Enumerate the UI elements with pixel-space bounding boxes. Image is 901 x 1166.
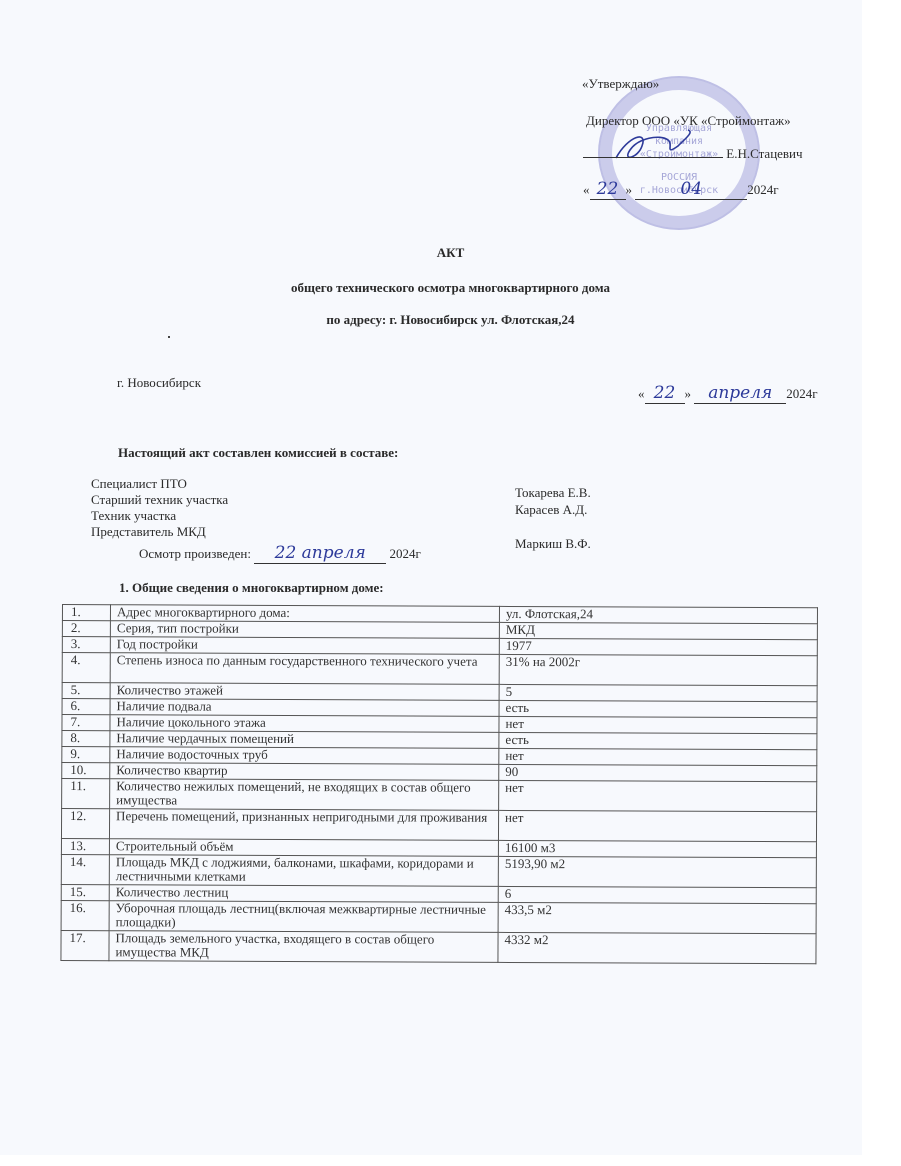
row-number: 7. (62, 715, 110, 731)
row-number: 12. (61, 809, 109, 839)
inspection-year: 2024г (389, 546, 420, 561)
row-value: нет (498, 810, 816, 841)
row-value: нет (499, 748, 817, 765)
row-value: есть (499, 700, 817, 717)
commission-role: Техник участка (91, 508, 228, 524)
approval-year: 2024г (747, 182, 778, 197)
row-value: 4332 м2 (498, 932, 816, 963)
building-info-table: 1.Адрес многоквартирного дома:ул. Флотск… (60, 604, 818, 964)
document-subtitle: общего технического осмотра многоквартир… (0, 280, 901, 296)
row-number: 4. (62, 653, 110, 683)
approval-day-handwritten: 22 (597, 179, 619, 199)
table-row: 14.Площадь МКД с лоджиями, балконами, шк… (61, 854, 816, 887)
commission-member-name: Карасев А.Д. (515, 501, 591, 518)
row-number: 2. (62, 621, 110, 637)
row-number: 3. (62, 637, 110, 653)
commission-role: Старший техник участка (91, 492, 228, 508)
month-handwritten: апреля (708, 383, 772, 403)
document-address: по адресу: г. Новосибирск ул. Флотская,2… (0, 312, 901, 328)
approval-name: Е.Н.Стацевич (726, 146, 802, 161)
quote-close: » (685, 386, 692, 401)
commission-member-name: Маркиш В.Ф. (515, 535, 591, 552)
approval-date: «22» 042024г (583, 179, 779, 200)
row-number: 10. (62, 763, 110, 779)
row-label: Площадь земельного участка, входящего в … (109, 931, 498, 963)
row-label: Перечень помещений, признанных непригодн… (109, 809, 498, 841)
inspection-label: Осмотр произведен: (139, 546, 251, 561)
table-row: 4.Степень износа по данным государственн… (62, 653, 817, 686)
row-number: 9. (62, 747, 110, 763)
commission-role: Представитель МКД (91, 524, 228, 540)
row-value: 31% на 2002г (499, 654, 817, 685)
row-value: нет (499, 716, 817, 733)
approval-position: Директор ООО «УК «Строймонтаж» (586, 113, 791, 129)
row-number: 8. (62, 731, 110, 747)
row-value: 5193,90 м2 (498, 856, 816, 887)
row-label: Степень износа по данным государственног… (110, 653, 499, 685)
row-number: 1. (62, 605, 110, 621)
row-number: 14. (61, 854, 109, 884)
document-title: АКТ (0, 245, 901, 261)
row-number: 5. (62, 683, 110, 699)
approval-signature-line: Е.Н.Стацевич (583, 146, 803, 162)
row-value: нет (499, 780, 817, 811)
table-row: 12.Перечень помещений, признанных неприг… (61, 809, 816, 842)
commission-member-name (515, 518, 591, 535)
stray-dot (168, 336, 170, 338)
commission-member-name: Токарева Е.В. (515, 484, 591, 501)
row-value: 5 (499, 684, 817, 701)
approval-heading: «Утверждаю» (582, 76, 659, 92)
table-row: 11.Количество нежилых помещений, не вход… (62, 779, 817, 812)
section1-heading: 1. Общие сведения о многоквартирном доме… (119, 580, 384, 596)
document-page: Управляющая компания «Строймонтаж» РОССИ… (0, 0, 862, 1155)
row-label: Уборочная площадь лестниц(включая межква… (109, 901, 498, 933)
row-number: 6. (62, 699, 110, 715)
row-number: 11. (62, 779, 110, 809)
row-label: Площадь МКД с лоджиями, балконами, шкафа… (109, 855, 498, 887)
row-number: 16. (61, 900, 109, 930)
inspection-date-handwritten: 22 апреля (275, 543, 366, 563)
row-number: 17. (61, 930, 109, 960)
row-value: 433,5 м2 (498, 902, 816, 933)
commission-roles: Специалист ПТО Старший техник участка Те… (91, 476, 228, 540)
inspection-date-line: Осмотр произведен: 22 апреля 2024г (139, 543, 421, 564)
row-value: МКД (499, 622, 817, 639)
table-row: 16.Уборочная площадь лестниц(включая меж… (61, 900, 816, 933)
row-label: Количество нежилых помещений, не входящи… (110, 779, 499, 811)
row-value: ул. Флотская,24 (499, 606, 817, 623)
table-row: 17.Площадь земельного участка, входящего… (61, 930, 816, 963)
document-year: 2024г (786, 386, 817, 401)
row-value: 90 (499, 764, 817, 781)
place-city: г. Новосибирск (117, 375, 201, 391)
row-value: есть (499, 732, 817, 749)
approval-month-handwritten: 04 (680, 179, 702, 199)
row-number: 15. (61, 884, 109, 900)
document-date: «22» апреля2024г (638, 383, 818, 404)
day-handwritten: 22 (654, 383, 676, 403)
commission-role: Специалист ПТО (91, 476, 228, 492)
commission-names: Токарева Е.В. Карасев А.Д. Маркиш В.Ф. (515, 484, 591, 552)
quote-close: » (626, 182, 633, 197)
row-number: 13. (61, 838, 109, 854)
commission-heading: Настоящий акт составлен комиссией в сост… (118, 445, 398, 461)
